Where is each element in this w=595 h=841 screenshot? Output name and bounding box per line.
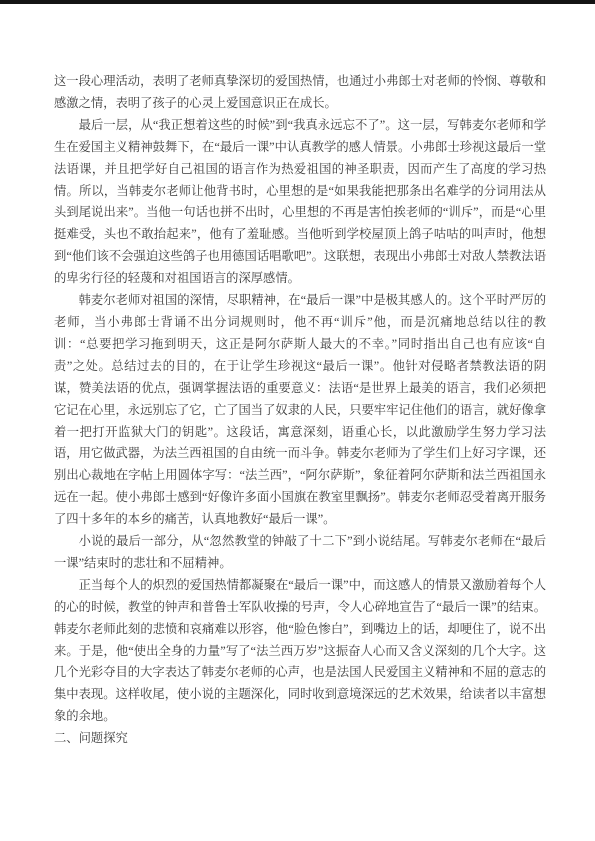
paragraph: 小说的最后一部分，从“忽然教堂的钟敲了十二下”到小说结尾。写韩麦尔老师在“最后一… (54, 531, 546, 575)
page-top-edge (0, 0, 595, 4)
section-heading: 二、问题探究 (54, 728, 546, 750)
paragraph: 这一段心理活动，表明了老师真挚深切的爱国热情，也通过小弗郎士对老师的怜悯、尊敬和… (54, 71, 546, 115)
document-page: 这一段心理活动，表明了老师真挚深切的爱国热情，也通过小弗郎士对老师的怜悯、尊敬和… (0, 0, 595, 841)
paragraph: 正当每个人的炽烈的爱国热情都凝聚在“最后一课”中，而这感人的情景又激励着每个人的… (54, 575, 546, 728)
document-text-block: 这一段心理活动，表明了老师真挚深切的爱国热情，也通过小弗郎士对老师的怜悯、尊敬和… (54, 71, 546, 750)
paragraph: 韩麦尔老师对祖国的深情，尽职精神，在“最后一课”中是极其感人的。这个平时严厉的老… (54, 290, 546, 531)
paragraph: 最后一层，从“我正想着这些的时候”到“我真永远忘不了”。这一层，写韩麦尔老师和学… (54, 115, 546, 290)
